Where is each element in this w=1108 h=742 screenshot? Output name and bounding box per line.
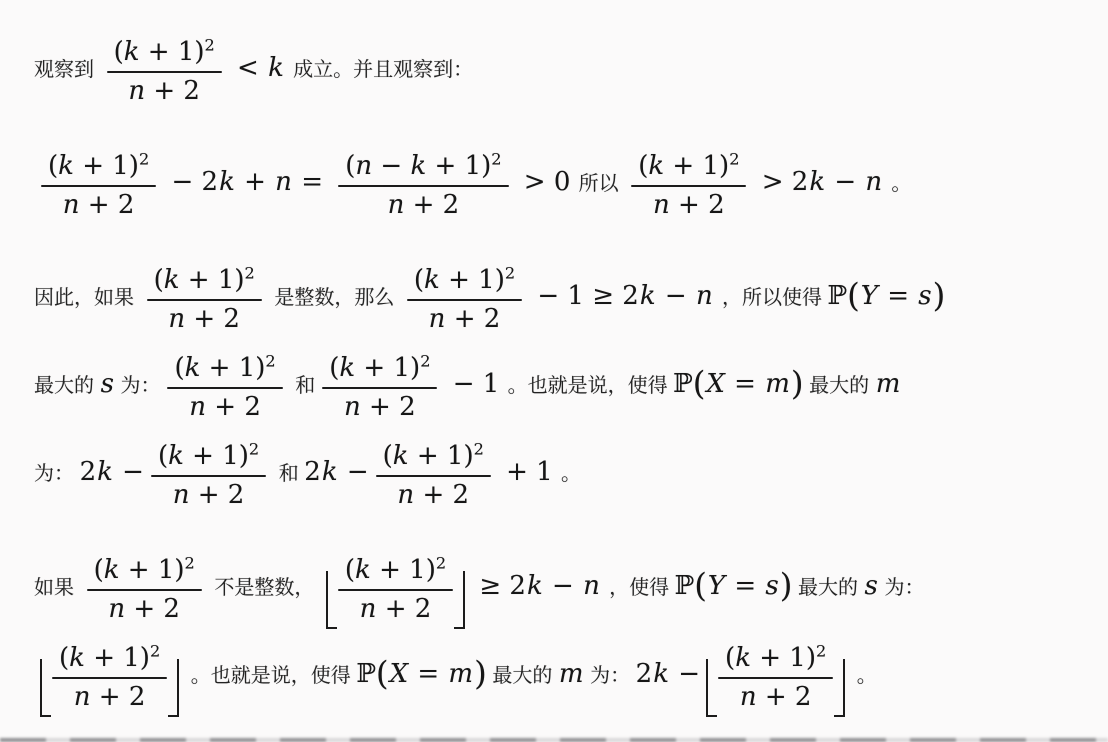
fraction-numerator: (k + 1)2: [107, 37, 222, 71]
fraction-denominator: n + 2: [337, 389, 423, 423]
exponent: 2: [491, 149, 501, 168]
inline-math: s: [100, 369, 115, 399]
fraction-denominator: n + 2: [67, 679, 153, 713]
chinese-text-run: 最大的: [792, 577, 863, 599]
exponent: 2: [139, 149, 149, 168]
fraction-numerator: (k + 1)2: [41, 151, 156, 185]
chinese-text-run: 。: [891, 173, 911, 195]
fraction-denominator: n + 2: [101, 591, 187, 625]
math-fraction: (k + 1)2n + 2: [338, 555, 453, 625]
fraction-numerator: (k + 1)2: [631, 151, 746, 185]
line-2: (k + 1)2n + 2 − 2k + n = (n − k + 1)2n +…: [34, 138, 1088, 226]
line-1: 观察到 (k + 1)2n + 2 < k 成立。并且观察到：: [34, 24, 1088, 112]
chinese-text-run: 。也就是说，使得: [185, 665, 356, 687]
inline-math: − 2k + n =: [163, 167, 331, 197]
math-fraction: (k + 1)2n + 2: [322, 353, 437, 423]
math-fraction: (k + 1)2n + 2: [167, 353, 282, 423]
fraction-denominator: n + 2: [422, 301, 508, 335]
line-5: 为： 2k −(k + 1)2n + 2 和 2k −(k + 1)2n + 2…: [34, 428, 1088, 516]
inline-math: ℙ(X = m): [673, 369, 803, 399]
math-fraction: (k + 1)2n + 2: [147, 265, 262, 335]
bottom-edge-artifact: [0, 738, 1108, 742]
fraction-denominator: n + 2: [121, 73, 207, 107]
inline-math: ℙ(Y = s): [675, 571, 793, 601]
chinese-text-run: 。: [561, 463, 581, 485]
fraction-numerator: (k + 1)2: [87, 555, 202, 589]
paragraph-4: 如果 (k + 1)2n + 2 不是整数， (k + 1)2n + 2 ≥ 2…: [34, 542, 1088, 718]
chinese-text-run: 。: [851, 665, 877, 687]
inline-math: − 1: [444, 369, 507, 399]
floor-right-bracket: [454, 571, 465, 629]
inline-math: m: [875, 369, 902, 399]
line-6: 如果 (k + 1)2n + 2 不是整数， (k + 1)2n + 2 ≥ 2…: [34, 542, 1088, 630]
exponent: 2: [150, 641, 160, 660]
paragraph-1: 观察到 (k + 1)2n + 2 < k 成立。并且观察到：: [34, 24, 1088, 112]
fraction-numerator: (k + 1)2: [147, 265, 262, 299]
fraction-denominator: n + 2: [646, 187, 732, 221]
math-fraction: (k + 1)2n + 2: [87, 555, 202, 625]
floor-fraction: (k + 1)2n + 2: [706, 643, 845, 713]
chinese-text-run: ，所以使得: [722, 287, 828, 309]
fraction-numerator: (k + 1)2: [718, 643, 833, 677]
chinese-text-run: 观察到: [34, 59, 100, 81]
line-3: 因此，如果 (k + 1)2n + 2 是整数，那么 (k + 1)2n + 2…: [34, 252, 1088, 340]
chinese-text-run: 和: [290, 375, 316, 397]
exponent: 2: [474, 439, 484, 458]
fraction-numerator: (k + 1)2: [407, 265, 522, 299]
math-fraction: (k + 1)2n + 2: [107, 37, 222, 107]
exponent: 2: [436, 553, 446, 572]
math-fraction: (k + 1)2n + 2: [376, 441, 491, 511]
fraction-numerator: (k + 1)2: [338, 555, 453, 589]
fraction-numerator: (k + 1)2: [376, 441, 491, 475]
exponent: 2: [205, 35, 215, 54]
fraction-denominator: n + 2: [381, 187, 467, 221]
math-fraction: (k + 1)2n + 2: [151, 441, 266, 511]
chinese-text-run: 。也就是说，使得: [508, 375, 674, 397]
chinese-text-run: 成立。并且观察到：: [293, 59, 473, 81]
floor-right-bracket: [834, 659, 845, 717]
chinese-text-run: 不是整数，: [209, 577, 320, 599]
inline-math: < k: [229, 53, 293, 83]
line-7: (k + 1)2n + 2 。也就是说，使得 ℙ(X = m) 最大的 m 为：…: [34, 630, 1088, 718]
chinese-text-run: 和: [273, 463, 304, 485]
chinese-text-run: 最大的: [487, 665, 558, 687]
chinese-text-run: 因此，如果: [34, 287, 140, 309]
inline-math: 2k −: [80, 457, 144, 487]
math-fraction: (k + 1)2n + 2: [407, 265, 522, 335]
chinese-text-run: 为：: [34, 463, 80, 485]
chinese-text-run: ，使得: [609, 577, 675, 599]
math-fraction: (k + 1)2n + 2: [41, 151, 156, 221]
fraction-denominator: n + 2: [353, 591, 439, 625]
fraction-numerator: (k + 1)2: [167, 353, 282, 387]
inline-math: > 0: [516, 167, 579, 197]
floor-left-bracket: [326, 571, 337, 629]
floor-fraction: (k + 1)2n + 2: [326, 555, 465, 625]
paragraph-3: 因此，如果 (k + 1)2n + 2 是整数，那么 (k + 1)2n + 2…: [34, 252, 1088, 516]
chinese-text-run: 为：: [879, 577, 925, 599]
fraction-numerator: (n − k + 1)2: [338, 151, 508, 185]
line-4: 最大的 s 为：(k + 1)2n + 2 和(k + 1)2n + 2 − 1…: [34, 340, 1088, 428]
fraction-denominator: n + 2: [182, 389, 268, 423]
fraction-numerator: (k + 1)2: [52, 643, 167, 677]
math-fraction: (k + 1)2n + 2: [52, 643, 167, 713]
inline-math: 2k −: [304, 457, 368, 487]
inline-math: 2k −: [636, 659, 700, 689]
exponent: 2: [505, 263, 515, 282]
chinese-text-run: 所以: [579, 173, 625, 195]
chinese-text-run: 最大的: [34, 375, 100, 397]
chinese-text-run: 为：: [115, 375, 161, 397]
floor-left-bracket: [40, 659, 51, 717]
document: 观察到 (k + 1)2n + 2 < k 成立。并且观察到：(k + 1)2n…: [0, 0, 1108, 742]
fraction-numerator: (k + 1)2: [322, 353, 437, 387]
inline-math: ℙ(X = m): [356, 659, 486, 689]
chinese-text-run: 如果: [34, 577, 80, 599]
fraction-denominator: n + 2: [390, 477, 476, 511]
inline-math: + 1: [498, 457, 561, 487]
chinese-text-run: 是整数，那么: [269, 287, 400, 309]
inline-math: − 1 ≥ 2k − n: [529, 281, 722, 311]
fraction-denominator: n + 2: [161, 301, 247, 335]
floor-right-bracket: [168, 659, 179, 717]
inline-math: s: [864, 571, 879, 601]
math-fraction: (k + 1)2n + 2: [718, 643, 833, 713]
exponent: 2: [245, 263, 255, 282]
exponent: 2: [185, 553, 195, 572]
exponent: 2: [249, 439, 259, 458]
floor-fraction: (k + 1)2n + 2: [40, 643, 179, 713]
chinese-text-run: 为：: [585, 665, 636, 687]
chinese-text-run: 最大的: [804, 375, 875, 397]
math-fraction: (k + 1)2n + 2: [631, 151, 746, 221]
inline-math: > 2k − n: [753, 167, 891, 197]
fraction-denominator: n + 2: [56, 187, 142, 221]
fraction-numerator: (k + 1)2: [151, 441, 266, 475]
inline-math: ℙ(Y = s): [828, 281, 946, 311]
fraction-denominator: n + 2: [166, 477, 252, 511]
paragraph-2: (k + 1)2n + 2 − 2k + n = (n − k + 1)2n +…: [34, 138, 1088, 226]
fraction-denominator: n + 2: [733, 679, 819, 713]
floor-left-bracket: [706, 659, 717, 717]
exponent: 2: [816, 641, 826, 660]
exponent: 2: [420, 351, 430, 370]
exponent: 2: [265, 351, 275, 370]
inline-math: m: [558, 659, 585, 689]
math-fraction: (n − k + 1)2n + 2: [338, 151, 508, 221]
inline-math: ≥ 2k − n: [471, 571, 609, 601]
exponent: 2: [729, 149, 739, 168]
